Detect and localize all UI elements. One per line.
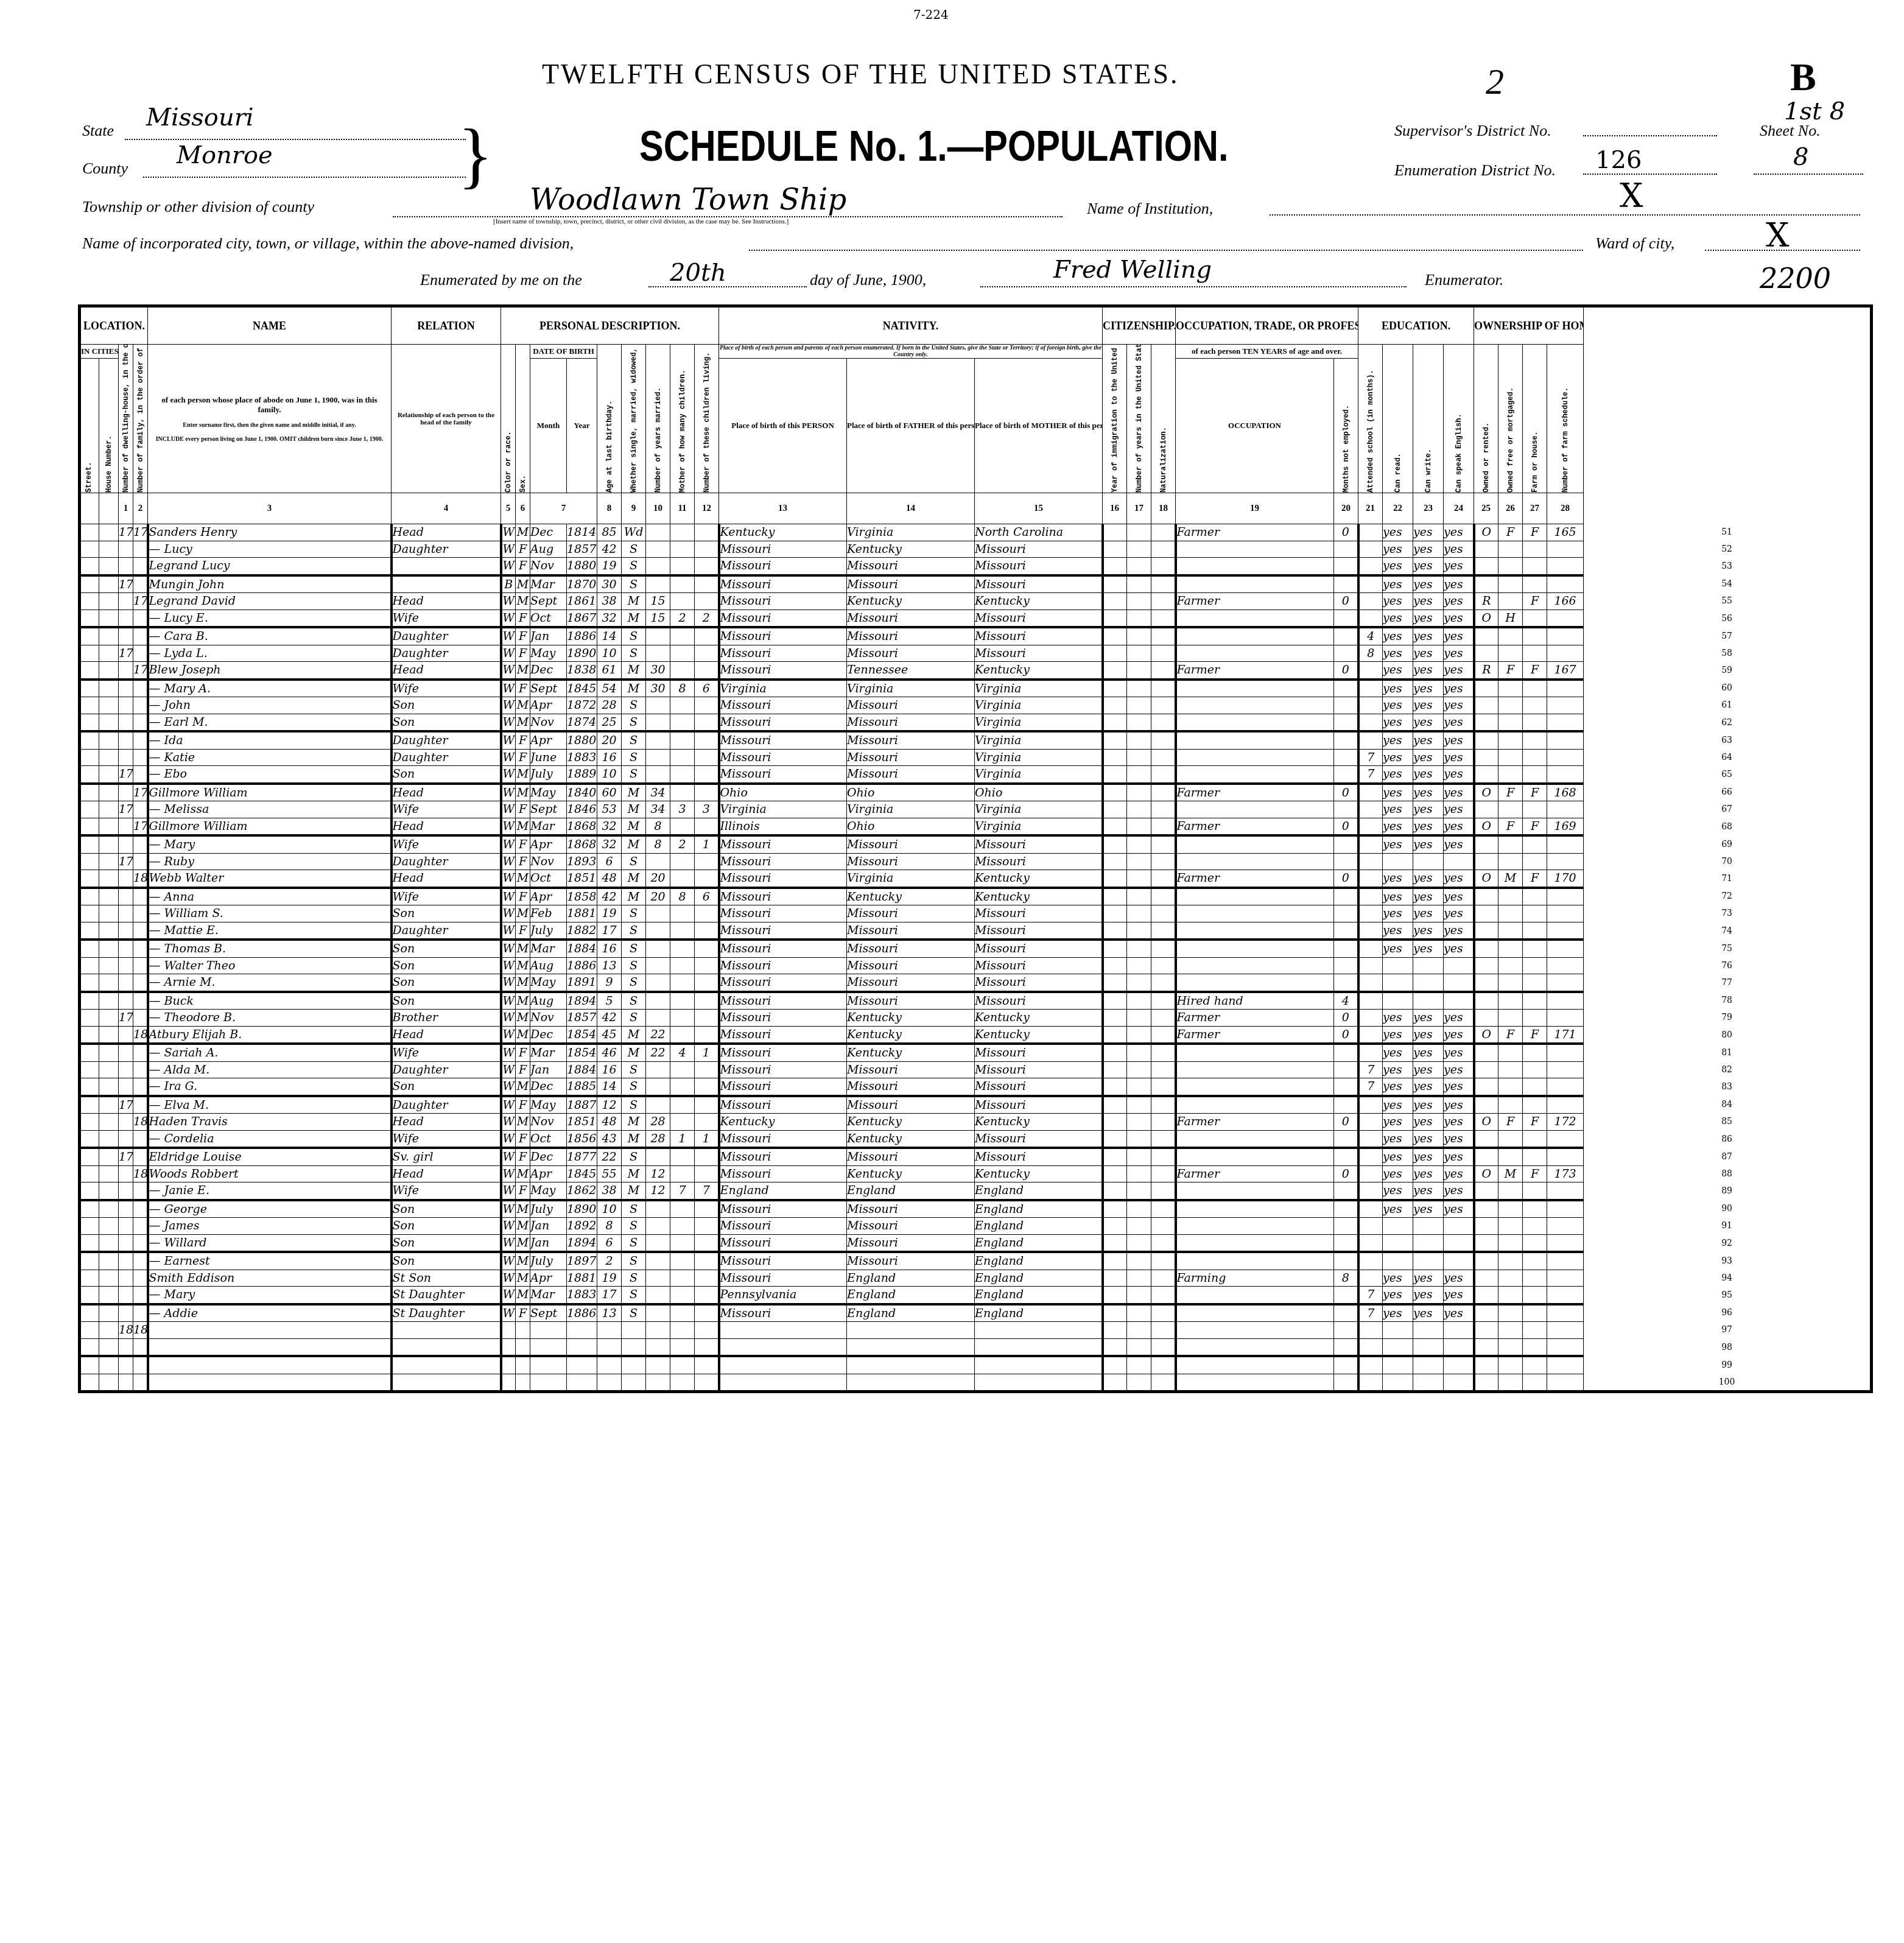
line-number: 93 (1584, 1252, 1872, 1270)
relation: Head (392, 524, 501, 541)
owned-or-rented: O (1474, 784, 1498, 801)
mother-of-children (670, 1218, 695, 1235)
color-race: W (501, 1304, 516, 1322)
birth-month (530, 1338, 567, 1356)
township-value: Woodlawn Town Ship (530, 183, 846, 217)
months-unemployed (1334, 697, 1358, 714)
dwelling-number: 172 (119, 575, 133, 593)
color-race: W (501, 645, 516, 662)
birthplace-mother: Missouri (975, 853, 1103, 870)
person-name: — Anna (148, 888, 392, 905)
can-read (1383, 853, 1413, 870)
age: 10 (597, 645, 622, 662)
birthplace-mother: Missouri (975, 1061, 1103, 1078)
relation: Son (392, 905, 501, 922)
immigration-header: Year of immigration to the United States… (1103, 345, 1127, 493)
location-header: LOCATION. (80, 306, 148, 345)
table-row: — KatieDaughterWFJune188316SMissouriMiss… (80, 749, 1872, 766)
occupation (1176, 1200, 1334, 1218)
empty-cell (99, 1338, 119, 1356)
marital-status: M (622, 888, 646, 905)
free-or-mortgaged (1498, 1234, 1523, 1252)
birth-year: 1846 (567, 801, 597, 818)
birthplace-person (719, 1356, 847, 1374)
empty-cell (99, 1287, 119, 1304)
marital-status: M (622, 1026, 646, 1044)
mother-of-children (670, 992, 695, 1010)
relation: Head (392, 1026, 501, 1044)
months-unemployed (1334, 731, 1358, 749)
age: 5 (597, 992, 622, 1010)
empty-cell (1127, 784, 1151, 801)
can-speak-english (1444, 1356, 1474, 1374)
can-speak-english: yes (1444, 731, 1474, 749)
color-race (501, 1338, 516, 1356)
relation: Son (392, 974, 501, 992)
years-married (646, 541, 670, 558)
birthplace-father (847, 1322, 975, 1339)
birth-month: Jan (530, 627, 567, 645)
can-speak-english: yes (1444, 1026, 1474, 1044)
mother-of-children (670, 1148, 695, 1165)
can-read: yes (1383, 541, 1413, 558)
empty-cell (1103, 593, 1127, 610)
empty-cell (80, 731, 99, 749)
birthplace-person: Missouri (719, 662, 847, 680)
free-or-mortgaged (1498, 1270, 1523, 1287)
township-line (393, 216, 1063, 217)
line-number: 78 (1584, 992, 1872, 1010)
months-in-school (1358, 1270, 1383, 1287)
years-married (646, 853, 670, 870)
empty-cell (99, 1148, 119, 1165)
months-in-school: 7 (1358, 749, 1383, 766)
months-unemployed (1334, 610, 1358, 627)
relation: Head (392, 818, 501, 835)
family-number (133, 974, 148, 992)
can-write: yes (1413, 835, 1444, 853)
months-in-school (1358, 974, 1383, 992)
birth-month: Oct (530, 870, 567, 888)
table-row: — IdaDaughterWFApr188020SMissouriMissour… (80, 731, 1872, 749)
dwelling-number (119, 1182, 133, 1200)
column-number: 11 (670, 493, 695, 524)
owned-or-rented (1474, 1010, 1498, 1027)
color-race: W (501, 1010, 516, 1027)
empty-cell (1127, 645, 1151, 662)
years-married (646, 1078, 670, 1096)
marital-status: M (622, 610, 646, 627)
mother-of-children (670, 749, 695, 766)
empty-cell (1127, 957, 1151, 974)
empty-cell (99, 853, 119, 870)
person-name (148, 1374, 392, 1392)
children-living (695, 1165, 719, 1182)
age (597, 1338, 622, 1356)
can-write: yes (1413, 818, 1444, 835)
can-write: yes (1413, 749, 1444, 766)
marital-status: S (622, 992, 646, 1010)
occupation (1176, 645, 1334, 662)
table-row: 100 (80, 1374, 1872, 1392)
children-living (695, 905, 719, 922)
mother-of-children (670, 1061, 695, 1078)
can-write: yes (1413, 1304, 1444, 1322)
years-married: 28 (646, 1130, 670, 1148)
dwelling-number (119, 1252, 133, 1270)
farm-schedule-number (1547, 558, 1584, 575)
ward-value: X (1766, 216, 1789, 255)
can-speak-english: yes (1444, 593, 1474, 610)
months-in-school: 7 (1358, 1061, 1383, 1078)
relation: Wife (392, 888, 501, 905)
months-unemployed (1334, 1252, 1358, 1270)
township-note: [Insert name of township, town, precinct… (493, 218, 789, 225)
farm-or-house (1523, 888, 1547, 905)
occupation (1176, 1304, 1334, 1322)
farm-schedule-number (1547, 835, 1584, 853)
farm-schedule-number (1547, 853, 1584, 870)
can-write: yes (1413, 1182, 1444, 1200)
occupation (1176, 835, 1334, 853)
empty-cell (1151, 1218, 1176, 1235)
birth-month: Apr (530, 888, 567, 905)
color-race: W (501, 1148, 516, 1165)
can-speak-english (1444, 1234, 1474, 1252)
birthplace-person: Missouri (719, 1252, 847, 1270)
dwelling-number (119, 784, 133, 801)
birthplace-person: Missouri (719, 731, 847, 749)
children-living (695, 1356, 719, 1374)
sex: M (516, 1287, 530, 1304)
empty-cell (1103, 645, 1127, 662)
age: 16 (597, 749, 622, 766)
can-write: yes (1413, 1270, 1444, 1287)
birthplace-person: Missouri (719, 905, 847, 922)
years-married: 34 (646, 801, 670, 818)
farm-or-house (1523, 974, 1547, 992)
column-number: 26 (1498, 493, 1523, 524)
empty-cell (1127, 835, 1151, 853)
form-number: 7-224 (913, 7, 949, 22)
can-speak-english: yes (1444, 905, 1474, 922)
empty-cell (1151, 1148, 1176, 1165)
birthplace-person: Missouri (719, 541, 847, 558)
enumeration-label: Enumeration District No. (1394, 161, 1556, 180)
person-name: — Lucy (148, 541, 392, 558)
birth-year: 1886 (567, 957, 597, 974)
marital-status: S (622, 749, 646, 766)
family-number (133, 1287, 148, 1304)
occupation (1176, 1374, 1334, 1392)
children-living (695, 731, 719, 749)
birthplace-person: Illinois (719, 818, 847, 835)
can-speak-english: yes (1444, 645, 1474, 662)
age: 16 (597, 940, 622, 957)
farm-or-house: F (1523, 1165, 1547, 1182)
can-write (1413, 992, 1444, 1010)
empty-cell (99, 784, 119, 801)
birthplace-father: Missouri (847, 940, 975, 957)
table-row: — AddieSt DaughterWFSept188613SMissouriE… (80, 1304, 1872, 1322)
person-name (148, 1356, 392, 1374)
empty-cell (1127, 1322, 1151, 1339)
person-name: — Mary A. (148, 680, 392, 697)
can-read: yes (1383, 1010, 1413, 1027)
family-number (133, 1044, 148, 1061)
months-in-school (1358, 1234, 1383, 1252)
free-or-mortgaged (1498, 888, 1523, 905)
birth-month: Aug (530, 541, 567, 558)
mother-of-children (670, 922, 695, 940)
age: 12 (597, 1096, 622, 1114)
birthplace-mother: England (975, 1234, 1103, 1252)
mother-of-children (670, 541, 695, 558)
birthplace-person: Missouri (719, 1200, 847, 1218)
table-row: 178— Elva M.DaughterWFMay188712SMissouri… (80, 1096, 1872, 1114)
occupation: Hired hand (1176, 992, 1334, 1010)
children-living (695, 1322, 719, 1339)
years-married (646, 749, 670, 766)
empty-cell (80, 610, 99, 627)
years-married-header: Number of years married. (646, 345, 670, 493)
birthplace-mother: Virginia (975, 680, 1103, 697)
family-number-header: Number of family, in the order of visita… (133, 345, 148, 493)
mother-of-children: 8 (670, 680, 695, 697)
column-number: 24 (1444, 493, 1474, 524)
birthplace-father: England (847, 1287, 975, 1304)
sex: M (516, 870, 530, 888)
birth-month: Sept (530, 1304, 567, 1322)
free-or-mortgaged (1498, 1130, 1523, 1148)
age: 2 (597, 1252, 622, 1270)
free-or-mortgaged (1498, 1374, 1523, 1392)
color-race: W (501, 818, 516, 835)
empty-cell (80, 888, 99, 905)
column-numbers-row: 1234567891011121314151617181920212223242… (80, 493, 1872, 524)
age: 25 (597, 714, 622, 731)
farm-schedule-header: Number of farm schedule. (1547, 345, 1584, 493)
column-number: 16 (1103, 493, 1127, 524)
months-unemployed: 8 (1334, 1270, 1358, 1287)
dwelling-number (119, 1114, 133, 1131)
family-number (133, 1218, 148, 1235)
months-unemployed (1334, 1061, 1358, 1078)
occupation (1176, 1322, 1334, 1339)
mother-of-children (670, 1096, 695, 1114)
birthplace-mother: Missouri (975, 957, 1103, 974)
birthplace-person: Missouri (719, 1078, 847, 1096)
farm-or-house: F (1523, 1026, 1547, 1044)
empty-cell (1151, 1270, 1176, 1287)
age-header: Age at last birthday. (597, 345, 622, 493)
farm-schedule-number (1547, 1287, 1584, 1304)
farm-schedule-number (1547, 940, 1584, 957)
years-married: 15 (646, 593, 670, 610)
empty-cell (80, 1304, 99, 1322)
occupation (1176, 1061, 1334, 1078)
free-or-mortgaged: F (1498, 1114, 1523, 1131)
can-read: yes (1383, 1270, 1413, 1287)
institution-value: X (1620, 177, 1643, 215)
dwelling-number: 177 (119, 1010, 133, 1027)
dwelling-number: 174 (119, 766, 133, 784)
free-or-mortgaged (1498, 680, 1523, 697)
table-row: — AnnaWifeWFApr185842M2086MissouriKentuc… (80, 888, 1872, 905)
mother-of-children: 3 (670, 801, 695, 818)
sex: M (516, 697, 530, 714)
empty-cell (1127, 1010, 1151, 1027)
sex: F (516, 541, 530, 558)
birth-year: 1885 (567, 1078, 597, 1096)
person-name: — Earl M. (148, 714, 392, 731)
mother-of-children: 1 (670, 1130, 695, 1148)
children-living (695, 1374, 719, 1392)
column-number: 22 (1383, 493, 1413, 524)
empty-cell (80, 1010, 99, 1027)
line-number: 86 (1584, 1130, 1872, 1148)
farm-schedule-number (1547, 1234, 1584, 1252)
empty-cell (80, 749, 99, 766)
birthplace-father: Missouri (847, 835, 975, 853)
farm-schedule-number (1547, 1182, 1584, 1200)
dwelling-number (119, 1338, 133, 1356)
marital-status: M (622, 680, 646, 697)
line-number: 52 (1584, 541, 1872, 558)
enumerated-prefix: Enumerated by me on the (420, 271, 582, 289)
months-in-school (1358, 870, 1383, 888)
empty-cell (1127, 1096, 1151, 1114)
empty-cell (1127, 627, 1151, 645)
stamp-number: 2200 (1760, 262, 1831, 295)
marital-status: S (622, 1234, 646, 1252)
empty-cell (1151, 1182, 1176, 1200)
empty-cell (1103, 610, 1127, 627)
can-read (1383, 992, 1413, 1010)
can-write: yes (1413, 575, 1444, 593)
can-write: yes (1413, 1026, 1444, 1044)
table-row: — Lucy E.WifeWFOct186732M1522MissouriMis… (80, 610, 1872, 627)
age: 10 (597, 1200, 622, 1218)
can-write: yes (1413, 905, 1444, 922)
can-speak-english: yes (1444, 888, 1474, 905)
sex: F (516, 1061, 530, 1078)
empty-cell (1151, 1130, 1176, 1148)
empty-cell (80, 1234, 99, 1252)
can-speak-english: yes (1444, 1200, 1474, 1218)
children-living: 1 (695, 835, 719, 853)
marital-status: S (622, 1200, 646, 1218)
occupation: Farmer (1176, 1114, 1334, 1131)
age: 42 (597, 541, 622, 558)
owned-or-rented (1474, 1218, 1498, 1235)
owned-or-rented (1474, 853, 1498, 870)
birthplace-person: Missouri (719, 835, 847, 853)
can-speak-english (1444, 992, 1474, 1010)
age: 42 (597, 888, 622, 905)
line-number: 54 (1584, 575, 1872, 593)
months-in-school (1358, 575, 1383, 593)
family-number (133, 853, 148, 870)
birthplace-mother: Virginia (975, 714, 1103, 731)
color-race (501, 1322, 516, 1339)
empty-cell (1127, 1044, 1151, 1061)
sex: M (516, 818, 530, 835)
marital-status: S (622, 905, 646, 922)
table-row: — GeorgeSonWMJuly189010SMissouriMissouri… (80, 1200, 1872, 1218)
birthplace-person: Missouri (719, 1044, 847, 1061)
birth-month: Aug (530, 992, 567, 1010)
birthplace-father: Kentucky (847, 1044, 975, 1061)
children-living (695, 922, 719, 940)
empty-cell (1103, 940, 1127, 957)
color-race: W (501, 1287, 516, 1304)
empty-cell (1127, 1078, 1151, 1096)
sex: M (516, 957, 530, 974)
can-write (1413, 1252, 1444, 1270)
birthplace-father: Kentucky (847, 1114, 975, 1131)
empty-cell (80, 1096, 99, 1114)
column-number: 6 (516, 493, 530, 524)
children-living (695, 1078, 719, 1096)
empty-cell (80, 1218, 99, 1235)
months-in-school (1358, 714, 1383, 731)
birth-year: 1877 (567, 1148, 597, 1165)
can-speak-english: yes (1444, 1078, 1474, 1096)
birthplace-mother: Kentucky (975, 662, 1103, 680)
sex: M (516, 766, 530, 784)
occupation: Farmer (1176, 1165, 1334, 1182)
years-married (646, 940, 670, 957)
naturalization-header: Naturalization. (1151, 345, 1176, 493)
sex (516, 1356, 530, 1374)
column-number: 10 (646, 493, 670, 524)
column-number-blank (99, 493, 119, 524)
occupation (1176, 627, 1334, 645)
years-married: 8 (646, 818, 670, 835)
can-speak-english: yes (1444, 558, 1474, 575)
birth-month: Mar (530, 575, 567, 593)
birthplace-father: Kentucky (847, 1010, 975, 1027)
months-in-school (1358, 1044, 1383, 1061)
farm-schedule-number: 171 (1547, 1026, 1584, 1044)
free-or-mortgaged (1498, 1338, 1523, 1356)
empty-cell (1103, 1096, 1127, 1114)
occupation (1176, 1338, 1334, 1356)
family-number (133, 1252, 148, 1270)
farm-schedule-number: 169 (1547, 818, 1584, 835)
empty-cell (80, 541, 99, 558)
months-in-school (1358, 1338, 1383, 1356)
can-read: yes (1383, 870, 1413, 888)
birthplace-mother (975, 1338, 1103, 1356)
birth-year: 1880 (567, 558, 597, 575)
occupation (1176, 853, 1334, 870)
age: 32 (597, 610, 622, 627)
months-in-school (1358, 1374, 1383, 1392)
table-row: 176Legrand DavidHeadWMSept186138M15Misso… (80, 593, 1872, 610)
ward-line (1705, 250, 1860, 251)
marital-status: M (622, 1114, 646, 1131)
color-race: W (501, 1200, 516, 1218)
free-or-mortgaged: H (1498, 610, 1523, 627)
can-read (1383, 1374, 1413, 1392)
empty-cell (1103, 627, 1127, 645)
empty-cell (1151, 627, 1176, 645)
can-speak-english: yes (1444, 766, 1474, 784)
state-line (125, 139, 466, 140)
marital-status: M (622, 801, 646, 818)
